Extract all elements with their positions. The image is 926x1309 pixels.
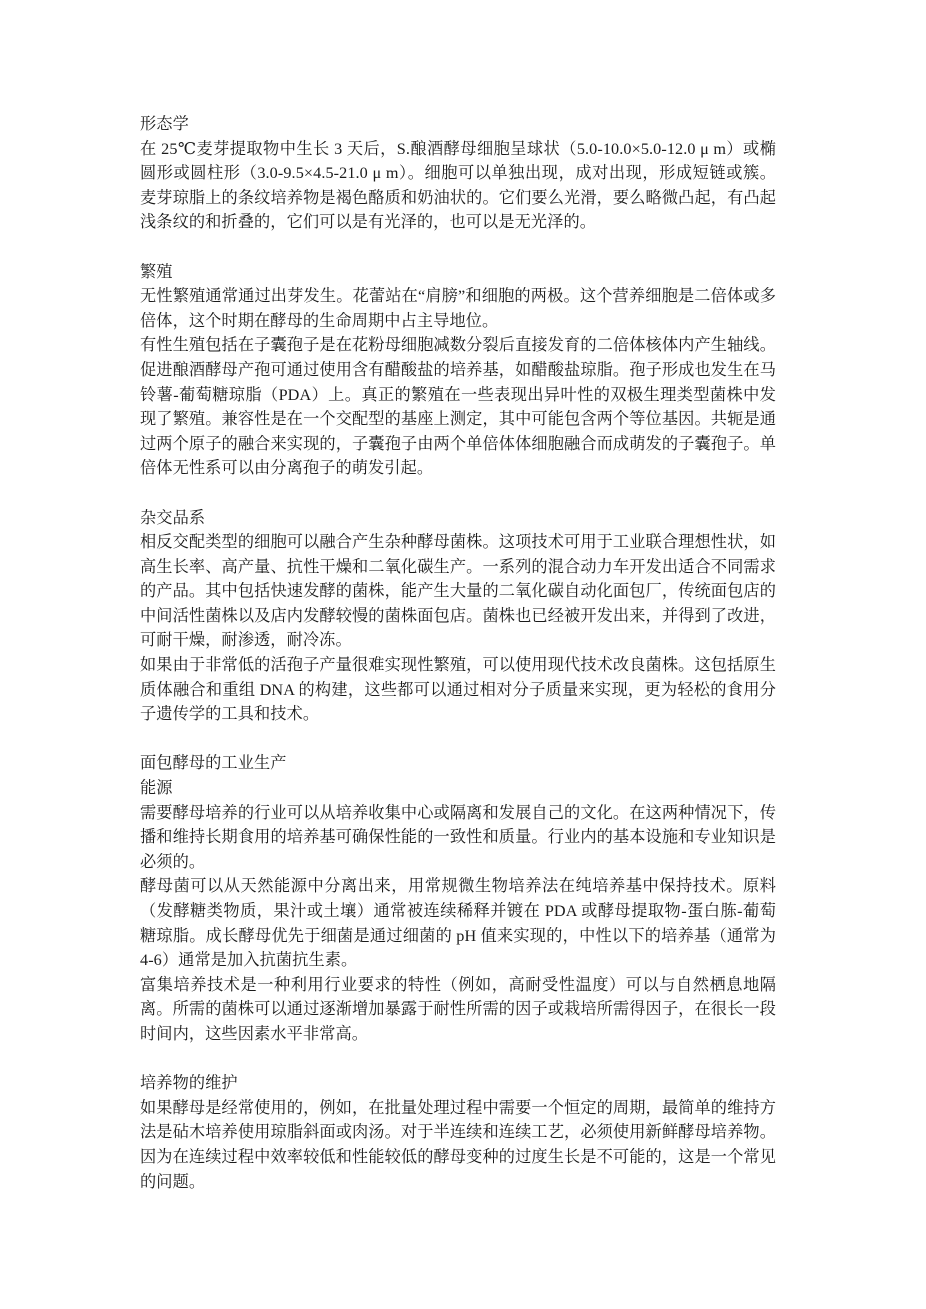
- heading-culture-maintenance: 培养物的维护: [140, 1071, 776, 1096]
- para-enrichment-culture: 富集培养技术是一种利用行业要求的特性（例如，高耐受性温度）可以与自然栖息地隔离。…: [140, 973, 776, 1047]
- heading-hybrid-strains: 杂交品系: [140, 506, 776, 531]
- para-strain-improvement: 如果由于非常低的活孢子产量很难实现性繁殖，可以使用现代技术改良菌株。这包括原生质…: [140, 653, 776, 727]
- heading-morphology: 形态学: [140, 112, 776, 137]
- text-column: 形态学 在 25℃麦芽提取物中生长 3 天后，S.酿酒酵母细胞呈球状（5.0-1…: [140, 112, 776, 1194]
- heading-energy: 能源: [140, 776, 776, 801]
- para-sexual-reproduction: 有性生殖包括在子囊孢子是在花粉母细胞减数分裂后直接发育的二倍体核体内产生轴线。促…: [140, 333, 776, 481]
- heading-industrial-production: 面包酵母的工业生产: [140, 751, 776, 776]
- para-hybrid-strains: 相反交配类型的细胞可以融合产生杂种酵母菌株。这项技术可用于工业联合理想性状，如高…: [140, 530, 776, 653]
- para-morphology: 在 25℃麦芽提取物中生长 3 天后，S.酿酒酵母细胞呈球状（5.0-10.0×…: [140, 137, 776, 235]
- para-isolation-media: 酵母菌可以从天然能源中分离出来，用常规微生物培养法在纯培养基中保持技术。原料（发…: [140, 874, 776, 972]
- para-culture-sources: 需要酵母培养的行业可以从培养收集中心或隔离和发展自己的文化。在这两种情况下，传播…: [140, 801, 776, 875]
- para-culture-maintenance: 如果酵母是经常使用的，例如，在批量处理过程中需要一个恒定的周期，最简单的维持方法…: [140, 1096, 776, 1194]
- para-asexual-reproduction: 无性繁殖通常通过出芽发生。花蕾站在“肩膀”和细胞的两极。这个营养细胞是二倍体或多…: [140, 284, 776, 333]
- document-page: 形态学 在 25℃麦芽提取物中生长 3 天后，S.酿酒酵母细胞呈球状（5.0-1…: [0, 0, 926, 1309]
- heading-reproduction: 繁殖: [140, 260, 776, 285]
